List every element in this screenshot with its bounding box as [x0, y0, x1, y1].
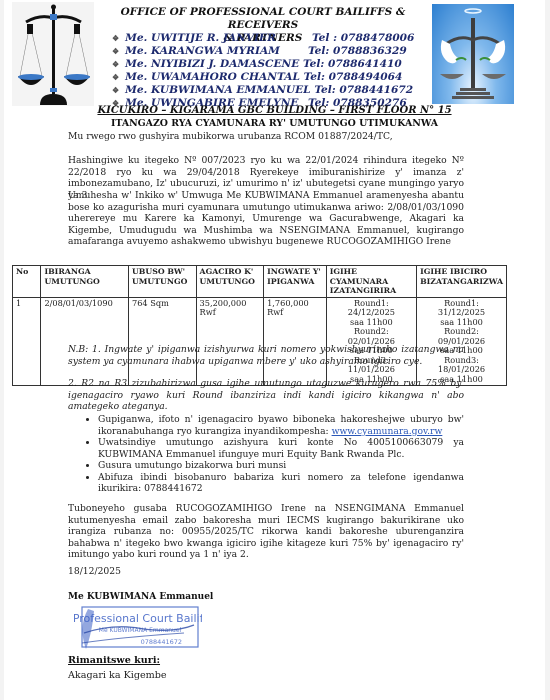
- cc-recipient: Akagari ka Kigembe: [68, 670, 167, 681]
- diamond-bullet-icon: ❖: [112, 33, 119, 43]
- cell-deposit: 1,760,000 Rwf: [264, 297, 327, 386]
- partner-item: ❖Me. UWITIJE R. JANVIERTel : 0788478006: [112, 32, 442, 45]
- diamond-bullet-icon: ❖: [112, 85, 119, 95]
- partners-list: ❖Me. UWITIJE R. JANVIERTel : 0788478006 …: [112, 32, 442, 110]
- list-item-text: Uwatsindiye umutungo azishyura kuri kont…: [98, 437, 464, 460]
- partner-name: Me. NIYIBIZI J. DAMASCENE: [125, 58, 299, 70]
- partner-name: Me. KUBWIMANA EMMANUEL: [125, 84, 310, 96]
- official-stamp: Professional Court Bailiff Me KUBWIMANA …: [74, 603, 202, 653]
- col-header-upi: IBIRANGA UMUTUNGO: [41, 266, 129, 298]
- col-header-area: UBUSO BW' UMUTUNGO: [129, 266, 197, 298]
- stamp-line3: 0788441672: [141, 638, 182, 646]
- note-2: 2. R2 na R3 zizubahirizwa gusa igihe umu…: [68, 378, 464, 413]
- document-page: OFFICE OF PROFESSIONAL COURT BAILIFFS & …: [4, 0, 545, 700]
- list-item: Gusura umutungo bizakorwa buri munsi: [98, 460, 464, 472]
- table-header-row: No IBIRANGA UMUTUNGO UBUSO BW' UMUTUNGO …: [13, 266, 507, 298]
- partner-item: ❖Me. NIYIBIZI J. DAMASCENE Tel: 07886414…: [112, 58, 442, 71]
- col-header-auction-start: IGIHE CYAMUNARA IZATANGIRIRA: [326, 266, 416, 298]
- scales-with-doves-logo: [432, 4, 514, 104]
- scales-of-justice-logo: [12, 2, 94, 106]
- partner-item: ❖Me. KARANGWA MYRIAMTel: 0788836329: [112, 45, 442, 58]
- office-title-line1: OFFICE OF PROFESSIONAL COURT BAILIFFS & …: [100, 6, 426, 32]
- cc-label: Rimanitswe kuri:: [68, 655, 160, 666]
- partner-item: ❖Me. UWAMAHORO CHANTAL Tel: 0788494064: [112, 71, 442, 84]
- cell-results-date: Round1: 31/12/2025 saa 11h00 Round2: 09/…: [417, 297, 507, 386]
- letterhead: OFFICE OF PROFESSIONAL COURT BAILIFFS & …: [4, 0, 545, 110]
- table-row: 1 2/08/01/03/1090 764 Sqm 35,200,000 Rwf…: [13, 297, 507, 386]
- col-header-no: No: [13, 266, 41, 298]
- cell-auction-start: Round1: 24/12/2025 saa 11h00 Round2: 02/…: [326, 297, 416, 386]
- partner-tel: Tel: 0788494064: [304, 71, 403, 83]
- diamond-bullet-icon: ❖: [112, 46, 119, 56]
- cell-no: 1: [13, 297, 41, 386]
- announcement-paragraph: Umuhesha w' Inkiko w' Umwuga Me KUBWIMAN…: [68, 190, 464, 248]
- col-header-deposit: INGWATE Y' IPIGANWA: [264, 266, 327, 298]
- col-header-results-date: IGIHE IBICIRO BIZATANGARIZWA: [417, 266, 507, 298]
- list-item: Uwatsindiye umutungo azishyura kuri kont…: [98, 437, 464, 460]
- partner-tel: Tel: 0788441672: [314, 84, 413, 96]
- partner-tel: Tel: 0788641410: [303, 58, 402, 70]
- auction-table: No IBIRANGA UMUTUNGO UBUSO BW' UMUTUNGO …: [12, 265, 507, 386]
- office-address: KICUKIRO – KIGARAMA GBC BUILDING – FIRST…: [4, 105, 545, 116]
- cell-upi: 2/08/01/03/1090: [41, 297, 129, 386]
- partner-tel: Tel: 0788836329: [308, 45, 407, 58]
- list-item: Gupiganwa, ifoto n' igenagaciro byawo bi…: [98, 414, 464, 437]
- partner-name: Me. KARANGWA MYRIAM: [125, 45, 280, 57]
- document-date: 18/12/2025: [68, 566, 121, 577]
- cell-value: 35,200,000 Rwf: [196, 297, 264, 386]
- diamond-bullet-icon: ❖: [112, 72, 119, 82]
- request-paragraph: Tuboneyeho gusaba RUCOGOZAMIHIGO Irene n…: [68, 503, 464, 561]
- partner-name: Me. UWAMAHORO CHANTAL: [125, 71, 300, 83]
- partner-name: Me. UWITIJE R. JANVIER: [125, 32, 276, 44]
- note-1: N.B: 1. Ingwate y' ipiganwa izishyurwa k…: [68, 344, 464, 367]
- signer-name: Me KUBWIMANA Emmanuel: [68, 592, 213, 602]
- list-item-text: Abifuza ibindi bisobanuro babariza kuri …: [98, 472, 464, 495]
- round-date: Round1: 24/12/2025: [330, 299, 413, 318]
- list-item: Abifuza ibindi bisobanuro babariza kuri …: [98, 472, 464, 495]
- col-header-value: AGACIRO K' UMUTUNGO: [196, 266, 264, 298]
- partner-tel: Tel : 0788478006: [312, 32, 414, 45]
- cyamunara-link[interactable]: www.cyamunara.gov.rw: [332, 426, 443, 437]
- cell-area: 764 Sqm: [129, 297, 197, 386]
- notice-title: ITANGAZO RYA CYAMUNARA RY' UMUTUNGO UTIM…: [4, 118, 545, 129]
- round-date: Round1: 31/12/2025: [420, 299, 503, 318]
- partner-item: ❖Me. KUBWIMANA EMMANUEL Tel: 0788441672: [112, 84, 442, 97]
- list-item-text: Gusura umutungo bizakorwa buri munsi: [98, 460, 286, 471]
- diamond-bullet-icon: ❖: [112, 59, 119, 69]
- case-reference: Mu rwego rwo gushyira mubikorwa urubanza…: [68, 131, 464, 143]
- instructions-list: Gupiganwa, ifoto n' igenagaciro byawo bi…: [68, 414, 464, 495]
